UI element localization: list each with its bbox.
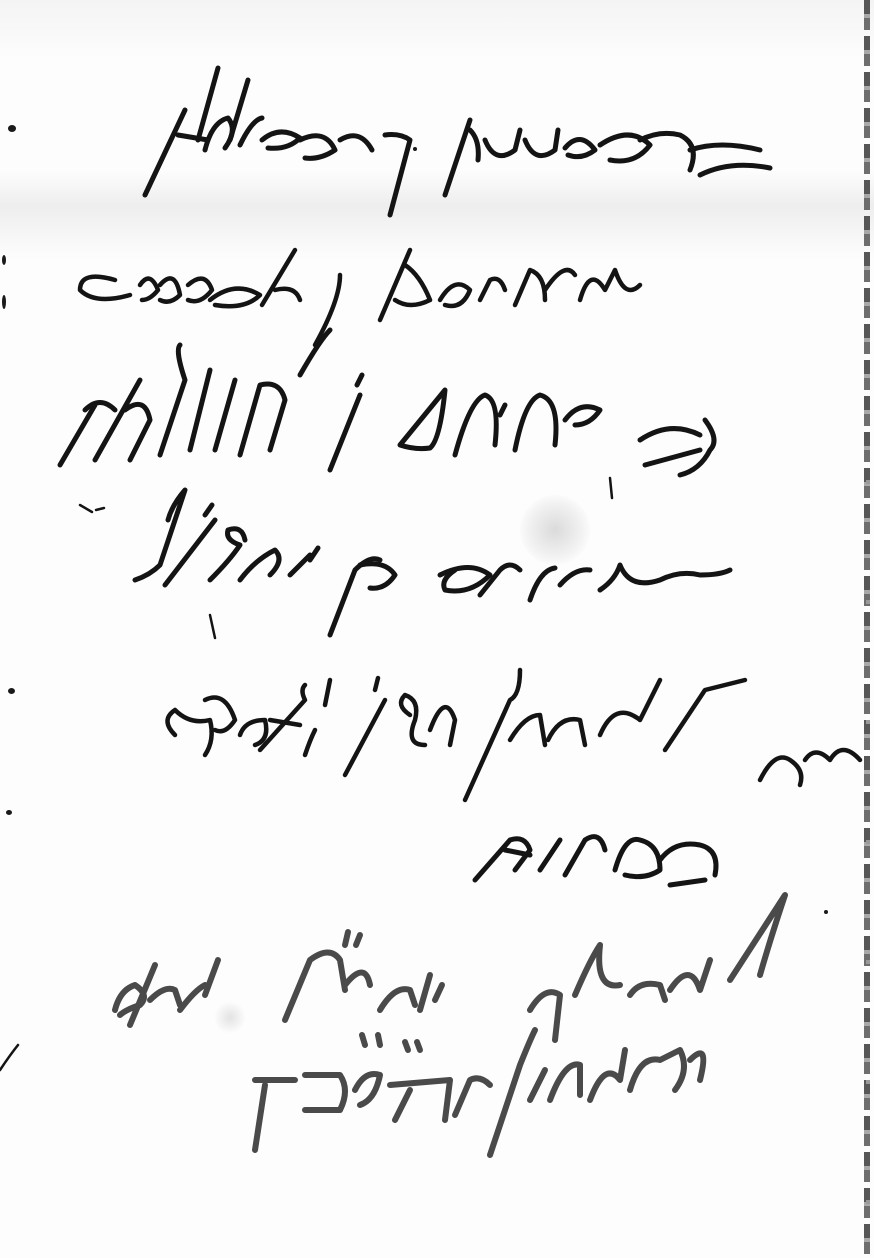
handwriting-line-8 xyxy=(255,1030,703,1155)
handwriting-ink xyxy=(0,0,874,1258)
handwriting-line-1 xyxy=(145,68,770,215)
handwriting-line-6 xyxy=(475,837,716,885)
handwriting-line-2 xyxy=(80,250,640,345)
handwriting-line-3 xyxy=(60,330,714,475)
handwriting-line-4 xyxy=(135,490,730,635)
handwriting-line-7 xyxy=(115,895,785,1040)
scanned-page: אבשון בן ברפאלם מתפוצצת ו מסיים צבי זילב… xyxy=(0,0,874,1258)
handwriting-line-5 xyxy=(168,670,861,800)
